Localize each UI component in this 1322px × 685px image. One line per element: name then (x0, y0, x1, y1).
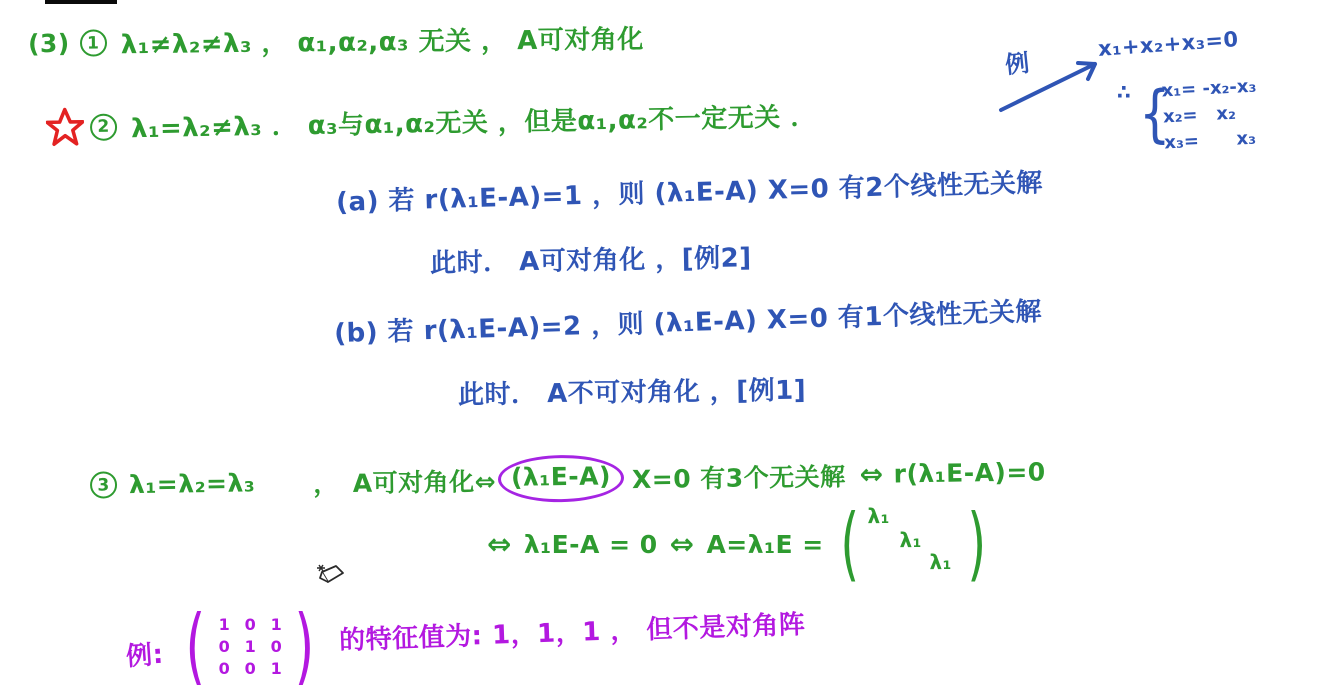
diagonal-entry: λ₁ (899, 528, 921, 552)
matrix-cell: 1 (242, 637, 258, 656)
iff-symbol: ⇔ (487, 527, 512, 561)
diagonal-matrix: ( λ₁ λ₁ λ₁ ) (834, 506, 993, 582)
case3-solutions: X=0 有3个无关解 (632, 457, 846, 496)
equation-segment: A=λ₁E = (706, 530, 823, 559)
case3-condition: A可对角化⇔ (353, 462, 497, 500)
case-a-line: (a) 若 r(λ₁E-A)=1 ，则 (λ₁E-A) X=0 有2个线性无关解 (336, 162, 1044, 219)
matrix-cell: 0 (242, 615, 258, 634)
matrix-paren-open: ( (840, 506, 859, 582)
equation-segment: λ₁E-A = 0 (524, 530, 658, 559)
system-row: x₁= -x₂-x₃ (1161, 74, 1257, 105)
system-row: x₃= x₃ (1164, 126, 1260, 157)
top-edge-strip (45, 0, 117, 4)
iff-symbol: ⇔ (670, 527, 695, 561)
diagonal-entry: λ₁ (929, 550, 951, 574)
matrix-cell: 1 (268, 615, 284, 634)
example-equation: x₁+x₂+x₃=0 (1097, 27, 1239, 61)
case3-eigenvalues: λ₁=λ₂=λ₃ (129, 468, 256, 499)
therefore-symbol: ∴ (1117, 80, 1131, 104)
circled-number-3: 3 (90, 471, 117, 498)
matrix-paren-close: ) (968, 506, 987, 582)
note-line-case-2: 2 λ₁=λ₂≠λ₃ ． α₃与α₁,α₂无关 ，但是α₁,α₂不一定无关 ． (46, 93, 817, 148)
arrow-icon (995, 50, 1113, 116)
matrix-cell: 0 (216, 637, 232, 656)
case-b-line: (b) 若 r(λ₁E-A)=2 ，则 (λ₁E-A) X=0 有1个线性无关解 (334, 291, 1043, 350)
case2-text: λ₁=λ₂≠λ₃ ． α₃与α₁,α₂无关 ，但是α₁,α₂不一定无关 ． (131, 96, 817, 145)
matrix-paren-open: ( (186, 606, 206, 685)
emphasis-ellipse-term: (λ₁E-A) (498, 454, 625, 503)
circled-number-2: 2 (90, 113, 117, 140)
diagonal-entries: λ₁ λ₁ λ₁ (865, 506, 961, 582)
circled-number-1: 1 (80, 29, 107, 56)
example-label: 例: (125, 633, 165, 673)
note-line-derivation: ⇔ λ₁E-A = 0 ⇔ A=λ₁E = ( λ₁ λ₁ λ₁ ) (487, 506, 993, 582)
star-icon (46, 106, 85, 149)
matrix-cell: 0 (242, 659, 258, 678)
comma: ， (313, 464, 339, 500)
solution-system: x₁= -x₂-x₃ x₂= x₂ x₃= x₃ (1161, 74, 1260, 157)
matrix-cell: 0 (216, 659, 232, 678)
matrix-cell: 1 (216, 615, 232, 634)
item-marker: (3) (28, 29, 70, 58)
matrix-3x3: 1 0 1 0 1 0 0 0 1 (216, 615, 284, 678)
diagonal-entry: λ₁ (867, 504, 889, 528)
note-line-case-list: (3) 1 λ₁≠λ₂≠λ₃ ， α₁,α₂,α₃ 无关 ， A可对角化 (28, 19, 644, 62)
iff-symbol: ⇔ (859, 458, 883, 491)
note-line-case-3: 3 λ₁=λ₂=λ₃ ， A可对角化⇔ (λ₁E-A) X=0 有3个无关解 ⇔… (90, 448, 1046, 508)
counterexample-line: 例: ( 1 0 1 0 1 0 0 0 1 ) 的特征值为: 1，1，1 ， … (126, 606, 805, 685)
case-a-conclusion: 此时． A可对角化 ，[例2] (430, 237, 752, 280)
side-example-block: 例 x₁+x₂+x₃=0 ∴ { x₁= -x₂-x₃ x₂= x₂ x₃= x… (995, 28, 1322, 178)
rank-condition: r(λ₁E-A)=0 (893, 457, 1045, 488)
case-b-conclusion: 此时． A不可对角化 ，[例1] (458, 370, 807, 412)
matrix-cell: 1 (268, 659, 284, 678)
matrix-paren-close: ) (295, 606, 315, 685)
matrix-cell: 0 (268, 637, 284, 656)
counterexample-text: 的特征值为: 1，1，1 ， 但不是对角阵 (338, 604, 805, 657)
case1-text: λ₁≠λ₂≠λ₃ ， α₁,α₂,α₃ 无关 ， A可对角化 (121, 19, 644, 61)
pen-cursor-icon (312, 560, 350, 594)
